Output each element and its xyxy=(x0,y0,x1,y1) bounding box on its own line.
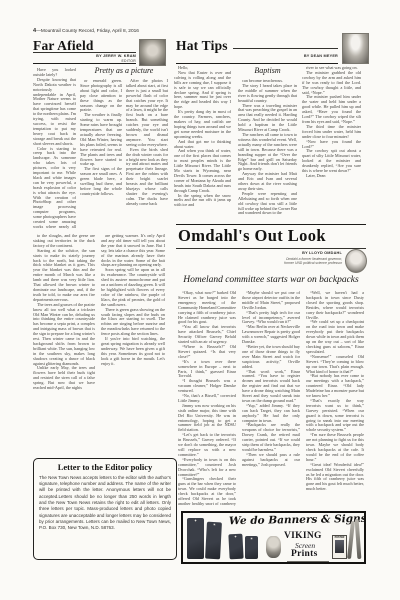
ad-headline: We do Banners & Signs xyxy=(229,514,366,527)
ad-brand-prints: Prints xyxy=(291,550,318,560)
feather-flag-graphic-2 xyxy=(355,519,362,559)
banner-stand-graphic-4: ✶ xyxy=(245,536,258,559)
banner-signs-ad: We do Banners & Signs ✦ ✶ ✦ ✶ VIKING Scr… xyxy=(181,511,366,564)
letter-policy-box: Letter to the Editor policy The New Town… xyxy=(33,458,177,560)
banner-stand-graphic-1: ✦ xyxy=(187,518,204,559)
far-afield-byline-role: EDITOR xyxy=(60,59,136,63)
omdahl-column-3: “Well, we haven't had a backpack in town… xyxy=(306,291,364,506)
masthead-text: —Mountrail County Record, Friday, April … xyxy=(36,29,139,34)
omdahl-rule-top xyxy=(176,224,366,225)
hat-tips-title: Hat Tips xyxy=(176,38,228,54)
hat-tips-rule-top xyxy=(233,48,338,49)
banner-stand-graphic-3: ✦ xyxy=(228,534,243,560)
hat-tips-rule-bottom xyxy=(176,63,338,64)
far-afield-rule-bottom xyxy=(33,63,136,64)
omdahl-rule-under xyxy=(176,248,366,249)
omdahl-column-2: “Maybe should we put one of those airpor… xyxy=(242,291,300,506)
far-afield-column-2: or emerald green. Since photography is a… xyxy=(80,79,122,230)
far-afield-byline: BY JERRY W. KRAM xyxy=(60,54,136,58)
newspaper-page: 4—Mountrail County Record, Friday, April… xyxy=(0,0,400,600)
poster-sign-graphic: POSTER xyxy=(332,535,347,559)
viking-mascot-graphic xyxy=(266,536,281,558)
hat-tips-byline: BY DEAN MEYER xyxy=(250,54,338,58)
omdahl-byline: BY LLOYD OMDAHL xyxy=(240,251,342,255)
hat-tips-column-heading: Baptism xyxy=(238,67,297,75)
hat-tips-column-3: river to see what was going on.The minis… xyxy=(302,66,361,230)
ad-phone-line xyxy=(287,561,329,563)
far-afield-column-1: Have you looked outside lately?Despite k… xyxy=(33,68,76,230)
poster-sign-label: POSTER xyxy=(335,536,345,539)
dean-meyer-photo xyxy=(342,33,369,64)
page-header: 4—Mountrail County Record, Friday, April… xyxy=(33,28,139,34)
far-afield-column-3: After the photos I talked about start, a… xyxy=(126,79,168,230)
omdahl-title: Omdahl's Out Look xyxy=(178,228,326,245)
lloyd-omdahl-photo xyxy=(345,249,367,273)
far-afield-rule-top xyxy=(33,52,136,53)
poster-sign-image xyxy=(335,540,344,553)
far-afield-column-4: to the sloughs, and the geese are stakin… xyxy=(33,234,95,452)
feather-flag-graphic-1 xyxy=(347,521,355,559)
hat-tips-column-1: Hello,Now that Easter is over and calvin… xyxy=(174,66,231,230)
banner-stand-graphic-2: ✶ xyxy=(205,522,222,560)
omdahl-subhead: Homeland committee starts war on backpac… xyxy=(176,276,366,286)
omdahl-column-1: “Okay, what now?” barked Old Sievert as … xyxy=(178,291,236,506)
far-afield-column-5: are getting warmer. It's only April and … xyxy=(101,234,165,452)
letter-policy-title: Letter to the Editor policy xyxy=(39,463,171,472)
far-afield-column-heading: Pretty as a picture xyxy=(80,67,168,75)
omdahl-credit: Omdahl a former lieutenant governor, for… xyxy=(218,257,342,266)
letter-policy-body: The New Town News accepts letters to the… xyxy=(39,475,171,532)
omdahl-credit-line-2: former UND political science professor xyxy=(218,261,342,265)
hat-tips-column-2: can become treacherous.The story I heard… xyxy=(238,79,297,230)
jerry-kram-photo xyxy=(139,39,166,66)
